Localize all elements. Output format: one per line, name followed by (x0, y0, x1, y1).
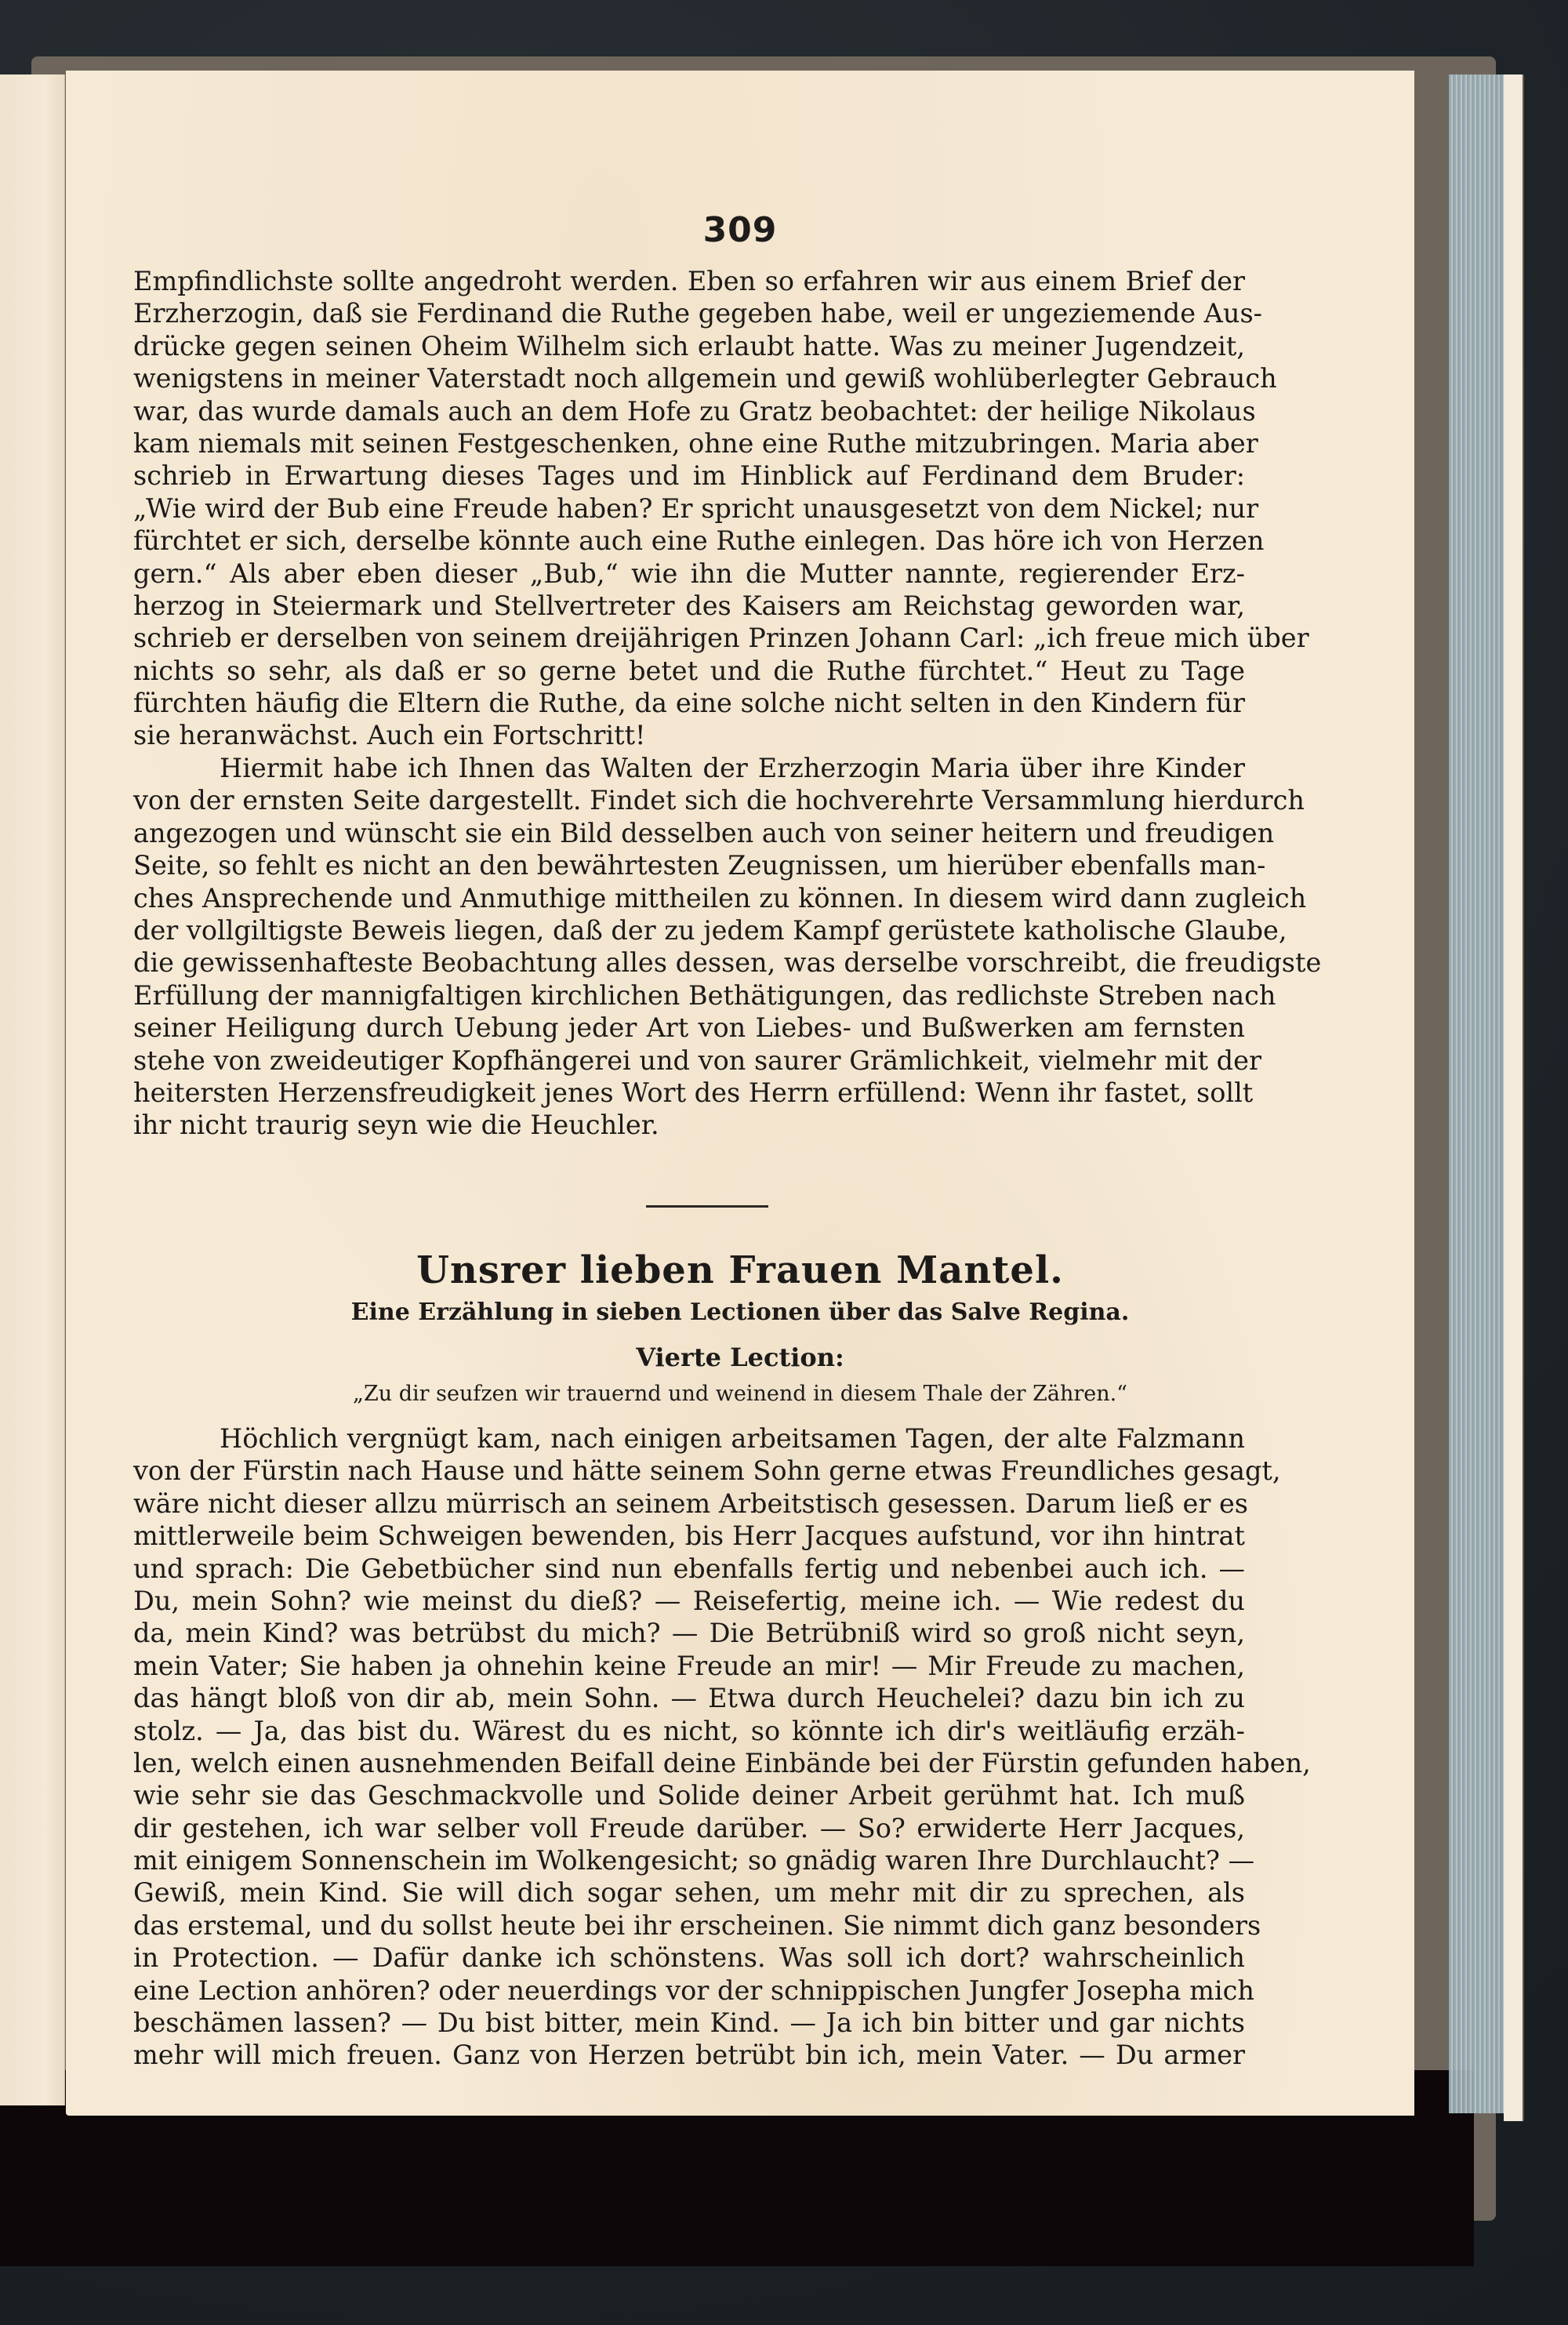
text-line: und sprach: Die Gebetbücher sind nun ebe… (133, 1553, 1245, 1585)
text-line: in Protection. — Dafür danke ich schönst… (133, 1942, 1245, 1974)
text-line: mehr will mich freuen. Ganz von Herzen b… (133, 2039, 1245, 2071)
text-line: mittlerweile beim Schweigen bewenden, bi… (133, 1520, 1245, 1552)
text-line: dir gestehen, ich war selber voll Freude… (133, 1812, 1245, 1844)
text-line: len, welch einen ausnehmenden Beifall de… (133, 1747, 1245, 1779)
text-line: Höchlich vergnügt kam, nach einigen arbe… (133, 1422, 1245, 1455)
lection-heading: Vierte Lection: (66, 1342, 1414, 1372)
text-line: mit einigem Sonnenschein im Wolkengesich… (133, 1844, 1245, 1876)
text-line: wäre nicht dieser allzu mürrisch an sein… (133, 1488, 1245, 1520)
text-line: mein Vater; Sie haben ja ohnehin keine F… (133, 1650, 1245, 1682)
text-line: von der Fürstin nach Hause und hätte sei… (133, 1455, 1245, 1487)
chapter-title: Unsrer lieben Frauen Mantel. (66, 1248, 1414, 1292)
page-edges-end (1504, 74, 1524, 2121)
chapter-subtitle: Eine Erzählung in sieben Lectionen über … (66, 1299, 1414, 1326)
text-line: eine Lection anhören? oder neuerdings vo… (133, 1974, 1245, 2007)
text-line: beschämen lassen? — Du bist bitter, mein… (133, 2007, 1245, 2039)
text-line: Du, mein Sohn? wie meinst du dieß? — Rei… (133, 1585, 1245, 1617)
page-edges-stack (1449, 74, 1505, 2113)
text-line: das erstemal, und du sollst heute bei ih… (133, 1909, 1245, 1942)
text-line: stolz. — Ja, das bist du. Wärest du es n… (133, 1715, 1245, 1747)
text-line: wie sehr sie das Geschmackvolle und Soli… (133, 1779, 1245, 1811)
lection-epigraph: „Zu dir seufzen wir trauernd und weinend… (66, 1382, 1414, 1406)
text-line: Gewiß, mein Kind. Sie will dich sogar se… (133, 1876, 1245, 1909)
left-page-edge (0, 74, 65, 2105)
text-line: da, mein Kind? was betrübst du mich? — D… (133, 1617, 1245, 1649)
text-line: das hängt bloß von dir ab, mein Sohn. — … (133, 1682, 1245, 1714)
paragraph-hoechlich: Höchlich vergnügt kam, nach einigen arbe… (133, 1422, 1245, 2072)
